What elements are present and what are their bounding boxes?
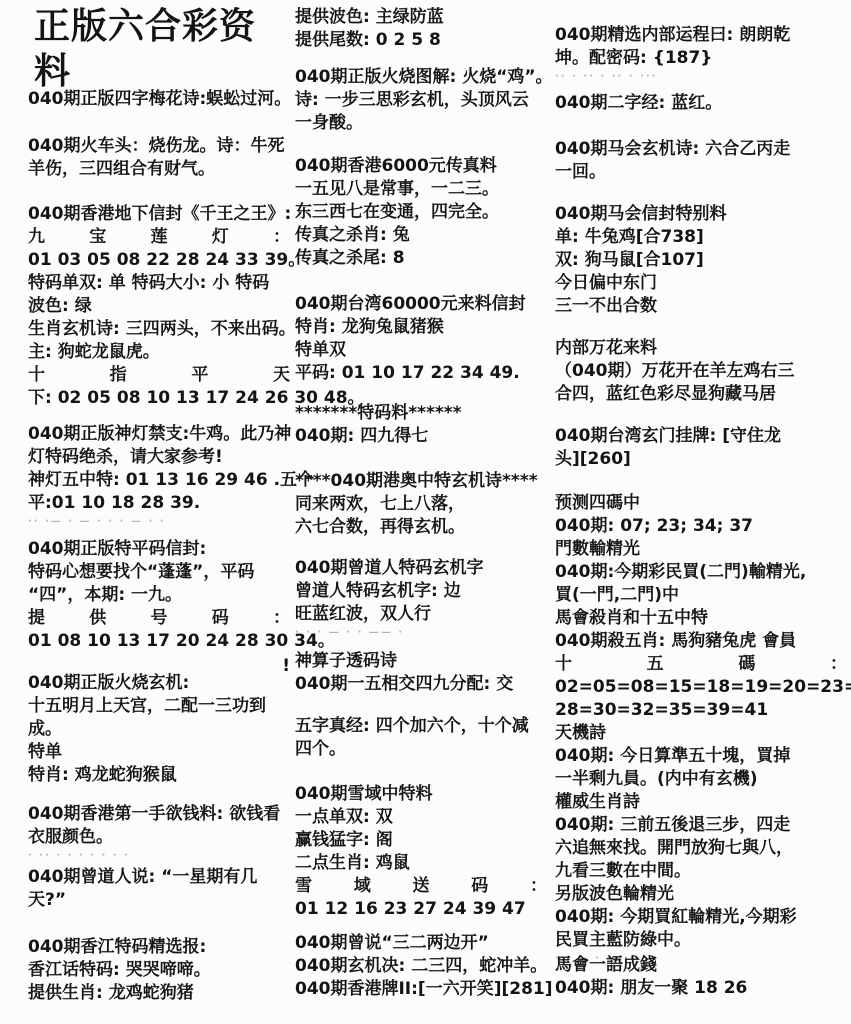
text-line: 合四，蓝红色彩尽显狗藏马居 <box>555 383 847 406</box>
spread-char: 提 <box>28 607 45 630</box>
text-line: 提供尾数: 0 2 5 8 <box>295 29 547 52</box>
text-line: ****040期港奥中特玄机诗**** <box>295 470 547 493</box>
shendeng-forbidden: 040期正版神灯禁支:牛鸡。此乃神灯特码绝杀，请大家参考!神灯五中特: 01 1… <box>28 423 290 529</box>
text-line: 040期曾道人特码玄机字 <box>295 557 547 580</box>
left-column-blocks: 040期正版四字梅花诗:蜈蚣过河。040期火车头：烧伤龙。诗：牛死羊伤，三四组合… <box>28 0 290 1024</box>
text-line: 01 12 16 23 27 24 39 47 <box>295 898 547 921</box>
spread-char: 平 <box>191 364 208 387</box>
shensuanzi-poem: 神算子透码诗040期一五相交四九分配: 交 <box>295 650 547 696</box>
spread-char: 码 <box>212 607 229 630</box>
lottery-info-sheet: 正版六合彩资料 040期正版四字梅花诗:蜈蚣过河。040期火车头：烧伤龙。诗：牛… <box>0 0 851 1024</box>
text-line: 同来两欢，七上八落， <box>295 493 547 516</box>
text-line: 头][260] <box>555 448 847 471</box>
text-line: 一五见八是常事，一二三。 <box>295 178 547 201</box>
spread-char: 十 <box>555 653 572 676</box>
spread-char: 天 <box>273 364 290 387</box>
text-line: 成。 <box>28 718 290 741</box>
text-line: 040期正版四字梅花诗:蜈蚣过河。 <box>28 88 290 111</box>
text-line: 01 03 05 08 22 28 24 33 39。 <box>28 249 290 272</box>
text-line: 十五明月上天宫，二配一三功到 <box>28 695 290 718</box>
text-line: 特单 <box>28 741 290 764</box>
text-line: 特肖: 鸡龙蛇狗猴鼠 <box>28 764 290 787</box>
text-line: 雪域送码： <box>295 875 547 898</box>
special-code-material: *******特码料******040期: 四九得七 <box>295 402 547 448</box>
fire-mystery: 040期正版火烧玄机:十五明月上天宫，二配一三功到成。特单特肖: 鸡龙蛇狗猴鼠 <box>28 672 290 787</box>
text-line: 天?” <box>28 889 290 912</box>
text-line: 三一不出合数 <box>555 295 847 318</box>
spread-char: 十 <box>28 364 45 387</box>
horse-club-poem: 040期马会玄机诗: 六合乙丙走一回。 <box>555 138 847 184</box>
right-column: 040期精选内部运程曰: 朗朗乾坤。配密码: {187}·· · ·· · ··… <box>555 0 847 1024</box>
text-line: 特单双 <box>295 339 547 362</box>
text-line: 四个。 <box>295 738 547 761</box>
spread-char: 宝 <box>89 226 106 249</box>
text-line: 040期玄机决: 二三四，蛇冲羊。 <box>295 955 547 978</box>
text-line: 040期: 今日算準五十塊，買掉 <box>555 745 847 768</box>
text-line: 六七合数，再得玄机。 <box>295 516 547 539</box>
text-line: 另版波色輪精光 <box>555 883 847 906</box>
text-line: 一点单双: 双 <box>295 806 547 829</box>
zengdaoren-mystery-words: 040期曾道人特码玄机字曾道人特码玄机字: 边旺蓝红波，双人行· · · — ·… <box>295 557 547 640</box>
text-line: 预测四碼中 <box>555 492 847 515</box>
text-line: 040期殺五肖: 馬狗豬兔虎 會員 <box>555 630 847 653</box>
text-line: 双: 狗马鼠[合107] <box>555 249 847 272</box>
text-line: （040期）万花开在羊左鸡右三 <box>555 360 847 383</box>
text-line: 五字真经: 四个加六个，十个减 <box>295 715 547 738</box>
text-line: 040期二字经: 蓝红。 <box>555 92 847 115</box>
text-line: 香江话特码: 哭哭啼啼。 <box>28 959 290 982</box>
text-line: 衣服颜色。 <box>28 826 290 849</box>
text-line: 門數輸精光 <box>555 538 847 561</box>
text-line: 040期:今期彩民買(二門)輸精光, <box>555 561 847 584</box>
fire-diagram: 040期正版火烧图解: 火烧“鸡”。诗: 一步三思彩玄机，头顶风云一身酸。 <box>295 66 547 135</box>
text-line: 传真之杀尾: 8 <box>295 247 547 270</box>
text-line: 一身酸。 <box>295 112 547 135</box>
faded-divider: · ·· · · · · · · · <box>28 849 290 863</box>
spread-char: 九 <box>28 226 45 249</box>
text-line: 040期正版特平码信封: <box>28 538 290 561</box>
text-line: 赢钱猛字: 阁 <box>295 829 547 852</box>
text-line: 040期香港6000元传真料 <box>295 155 547 178</box>
text-line: *******特码料****** <box>295 402 547 425</box>
text-line: 灯特码绝杀，请大家参考! <box>28 446 290 469</box>
text-line: 内部万花来料 <box>555 337 847 360</box>
text-line: 040期雪域中特料 <box>295 783 547 806</box>
text-line: 波色: 绿 <box>28 295 290 318</box>
faded-divider: ·· · ·· · ·· · ··· <box>555 70 847 84</box>
text-line: 特码单双: 单 特码大小: 小 特码 <box>28 272 290 295</box>
text-line: 040期马会玄机诗: 六合乙丙走 <box>555 138 847 161</box>
text-line: 馬會殺肖和十五中特 <box>555 607 847 630</box>
prediction-four-codes: 预测四碼中040期: 07; 23; 34; 37門數輸精光040期:今期彩民買… <box>555 492 847 966</box>
right-column-blocks: 040期精选内部运程曰: 朗朗乾坤。配密码: {187}·· · ·· · ··… <box>555 0 847 1024</box>
misc-040-lines: 040期曾说“三二两边开”040期玄机决: 二三四，蛇冲羊。040期香港牌II:… <box>295 932 547 1001</box>
first-hand-money: 040期香港第一手欲钱料: 欲钱看衣服颜色。· ·· · · · · · · · <box>28 803 290 863</box>
text-line: 六追無來找。開門放狗七與八， <box>555 837 847 860</box>
text-line: 特肖: 龙狗兔鼠猪猴 <box>295 316 547 339</box>
text-line: 民買主藍防綠中。 <box>555 929 847 952</box>
spread-char: ： <box>273 226 290 249</box>
text-line: 十五碼： <box>555 653 847 676</box>
text-line: 買(一門,二門)中 <box>555 584 847 607</box>
middle-column-blocks: 提供波色: 主绿防蓝提供尾数: 0 2 5 8040期正版火烧图解: 火烧“鸡”… <box>295 0 547 1024</box>
faded-divider: · · · — · · —— · <box>295 626 547 640</box>
text-line: 神灯五中特: 01 13 16 29 46 .五个 <box>28 469 290 492</box>
text-line: 平码: 01 10 17 22 34 49. <box>295 362 547 385</box>
hk-underground-envelope: 040期香港地下信封《千王之王》:九宝莲灯：01 03 05 08 22 28 … <box>28 203 290 410</box>
middle-column: 提供波色: 主绿防蓝提供尾数: 0 2 5 8040期正版火烧图解: 火烧“鸡”… <box>295 0 547 1024</box>
horse-club-envelope: 040期马会信封特别料单: 牛兔鸡[合738]双: 狗马鼠[合107]今日偏中东… <box>555 203 847 318</box>
text-line: 040期香港牌II:[一六开笑][281] <box>295 978 547 1001</box>
text-line: 040期火车头：烧伤龙。诗：牛死 <box>28 135 290 158</box>
text-line: 28=30=32=35=39=41 <box>555 699 847 722</box>
spread-char: 号 <box>151 607 168 630</box>
text-line: 040期正版火烧图解: 火烧“鸡”。 <box>295 66 547 89</box>
spread-char: 供 <box>89 607 106 630</box>
taiwan-xuanmen-plate: 040期台湾玄门挂牌: [守住龙头][260] <box>555 425 847 471</box>
spread-char: ： <box>830 653 847 676</box>
spread-char: 指 <box>110 364 127 387</box>
text-line: 040期台湾玄门挂牌: [守住龙 <box>555 425 847 448</box>
spread-char: ： <box>530 875 547 898</box>
text-line: 九宝莲灯： <box>28 226 290 249</box>
spread-char: 碼 <box>738 653 755 676</box>
text-line: 040期正版火烧玄机: <box>28 672 290 695</box>
text-line: 生肖玄机诗: 三四两头，不来出码。 <box>28 318 290 341</box>
text-line: 主: 狗蛇龙鼠虎。 <box>28 341 290 364</box>
text-line: 040期曾说“三二两边开” <box>295 932 547 955</box>
special-flat-code-envelope: 040期正版特平码信封:特码心想要找个“蓬蓬”，平码“四”，本期: 一九。提供号… <box>28 538 290 679</box>
five-char-scripture: 五字真经: 四个加六个，十个减四个。 <box>295 715 547 761</box>
zengdaoren-says: 040期曾道人说: “一星期有几天?” <box>28 866 290 912</box>
text-line: 040期: 三前五後退三步，四走 <box>555 814 847 837</box>
faded-divider: ·· ·— · — · · · — · · <box>28 515 290 529</box>
text-line: 十指平天 <box>28 364 290 387</box>
snow-region-special: 040期雪域中特料一点单双: 双赢钱猛字: 阁二点生肖: 鸡鼠雪域送码：01 1… <box>295 783 547 921</box>
one-word-money: 馬會一語成錢040期: 朋友一聚 18 26 <box>555 954 847 1000</box>
taiwan-60000-envelope: 040期台湾60000元来料信封特肖: 龙狗兔鼠猪猴特单双平码: 01 10 1… <box>295 293 547 385</box>
internal-wanhua: 内部万花来料（040期）万花开在羊左鸡右三合四，蓝红色彩尽显狗藏马居 <box>555 337 847 406</box>
text-line: 诗: 一步三思彩玄机，头顶风云 <box>295 89 547 112</box>
text-line: 今日偏中东门 <box>555 272 847 295</box>
text-line: 01 08 10 13 17 20 24 28 30 34。 <box>28 630 290 653</box>
text-line: 040期曾道人说: “一星期有几 <box>28 866 290 889</box>
xiangjiang-special-report: 040期香江特码精选报:香江话特码: 哭哭啼啼。提供生肖: 龙鸡蛇狗猪 <box>28 936 290 1005</box>
spread-char: 雪 <box>295 875 312 898</box>
text-line: 040期香江特码精选报: <box>28 936 290 959</box>
spread-char: 送 <box>413 875 430 898</box>
text-line: 040期正版神灯禁支:牛鸡。此乃神 <box>28 423 290 446</box>
text-line: 单: 牛兔鸡[合738] <box>555 226 847 249</box>
text-line: 040期: 朋友一聚 18 26 <box>555 977 847 1000</box>
text-line: 040期: 07; 23; 34; 37 <box>555 515 847 538</box>
two-char-scripture: 040期二字经: 蓝红。 <box>555 92 847 115</box>
four-char-plum-poem: 040期正版四字梅花诗:蜈蚣过河。 <box>28 88 290 111</box>
text-line: 天機詩 <box>555 722 847 745</box>
text-line: 權威生肖詩 <box>555 791 847 814</box>
text-line: 旺蓝红波，双人行 <box>295 603 547 626</box>
text-line: 传真之杀肖: 兔 <box>295 224 547 247</box>
internal-fortune: 040期精选内部运程曰: 朗朗乾坤。配密码: {187}·· · ·· · ··… <box>555 24 847 84</box>
text-line: 坤。配密码: {187} <box>555 47 847 70</box>
hk-6000-fax: 040期香港6000元传真料一五见八是常事，一二三。东三西七在变通，四完全。传真… <box>295 155 547 270</box>
text-line: 040期香港地下信封《千王之王》: <box>28 203 290 226</box>
text-line: 040期: 四九得七 <box>295 425 547 448</box>
text-line: 040期精选内部运程曰: 朗朗乾 <box>555 24 847 47</box>
train-head: 040期火车头：烧伤龙。诗：牛死羊伤，三四组合有财气。 <box>28 135 290 181</box>
text-line: “四”，本期: 一九。 <box>28 584 290 607</box>
text-line: 040期台湾60000元来料信封 <box>295 293 547 316</box>
text-line: 02=05=08=15=18=19=20=23=26= <box>555 676 847 699</box>
wave-color-and-tail: 提供波色: 主绿防蓝提供尾数: 0 2 5 8 <box>295 6 547 52</box>
text-line: 下: 02 05 08 10 13 17 24 26 30 48。 <box>28 387 290 410</box>
text-line: 一回。 <box>555 161 847 184</box>
gangao-mystery-poem: ****040期港奥中特玄机诗****同来两欢，七上八落，六七合数，再得玄机。 <box>295 470 547 539</box>
spread-char: 域 <box>354 875 371 898</box>
text-line: 九看三數在中間。 <box>555 860 847 883</box>
text-line: 提供波色: 主绿防蓝 <box>295 6 547 29</box>
text-line: 东三西七在变通，四完全。 <box>295 201 547 224</box>
spread-char: 灯 <box>212 226 229 249</box>
text-line: 040期: 今期買紅輪精光,今期彩 <box>555 906 847 929</box>
text-line: 平:01 10 18 28 39. <box>28 492 290 515</box>
text-line: 040期马会信封特别料 <box>555 203 847 226</box>
spread-char: 码 <box>471 875 488 898</box>
text-line: 曾道人特码玄机字: 边 <box>295 580 547 603</box>
text-line: 040期一五相交四九分配: 交 <box>295 673 547 696</box>
text-line: 提供生肖: 龙鸡蛇狗猪 <box>28 982 290 1005</box>
text-line: 馬會一語成錢 <box>555 954 847 977</box>
spread-char: 莲 <box>151 226 168 249</box>
spread-char: ： <box>273 607 290 630</box>
spread-char: 五 <box>647 653 664 676</box>
text-line: 羊伤，三四组合有财气。 <box>28 158 290 181</box>
text-line: 提供号码： <box>28 607 290 630</box>
text-line: 特码心想要找个“蓬蓬”，平码 <box>28 561 290 584</box>
text-line: 040期香港第一手欲钱料: 欲钱看 <box>28 803 290 826</box>
text-line: 神算子透码诗 <box>295 650 547 673</box>
text-line: 二点生肖: 鸡鼠 <box>295 852 547 875</box>
text-line: 一半剩九員。(内中有玄機) <box>555 768 847 791</box>
left-column: 正版六合彩资料 040期正版四字梅花诗:蜈蚣过河。040期火车头：烧伤龙。诗：牛… <box>28 0 290 1024</box>
